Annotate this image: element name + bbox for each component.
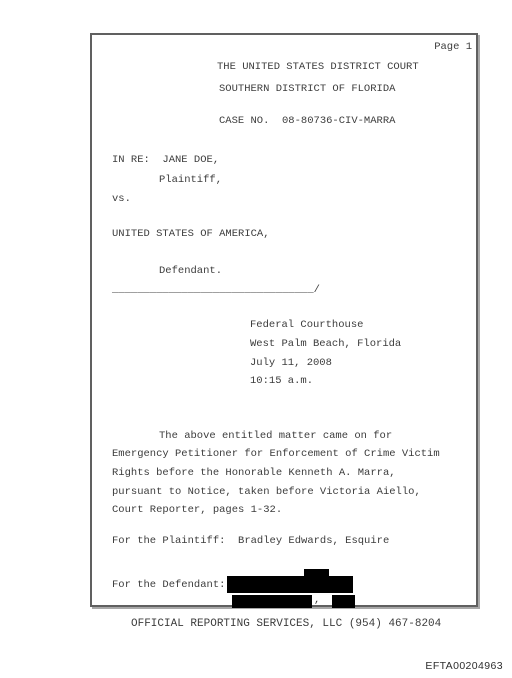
venue-time: 10:15 a.m. [250, 376, 313, 387]
body-line-4: pursuant to Notice, taken before Victori… [112, 487, 421, 498]
transcript-page: Page 1 THE UNITED STATES DISTRICT COURT … [90, 33, 478, 607]
case-number: CASE NO. 08-80736-CIV-MARRA [219, 116, 395, 127]
reporter-footer: OFFICIAL REPORTING SERVICES, LLC (954) 4… [131, 618, 441, 630]
caption-respondent: UNITED STATES OF AMERICA, [112, 229, 270, 240]
redaction-box-3 [332, 595, 355, 608]
body-line-2: Emergency Petitioner for Enforcement of … [112, 449, 440, 460]
body-line-5: Court Reporter, pages 1-32. [112, 505, 282, 516]
caption-defendant: Defendant. [159, 266, 222, 277]
caption-vs: vs. [112, 194, 131, 205]
venue-date: July 11, 2008 [250, 358, 332, 369]
caption-separator-line: ________________________________/ [112, 285, 320, 296]
redaction-comma: , [314, 595, 320, 606]
body-line-1: The above entitled matter came on for [159, 431, 392, 442]
court-name-line-1: THE UNITED STATES DISTRICT COURT [217, 62, 419, 73]
redaction-box-1 [227, 576, 353, 593]
venue-city: West Palm Beach, Florida [250, 339, 401, 350]
venue-courthouse: Federal Courthouse [250, 320, 363, 331]
document-scan: Page 1 THE UNITED STATES DISTRICT COURT … [0, 0, 512, 678]
page-number: Page 1 [434, 42, 472, 53]
appearance-plaintiff: For the Plaintiff: Bradley Edwards, Esqu… [112, 536, 389, 547]
court-name-line-2: SOUTHERN DISTRICT OF FLORIDA [219, 84, 395, 95]
bates-number: EFTA00204963 [425, 660, 503, 672]
caption-in-re: IN RE: JANE DOE, [112, 155, 219, 166]
appearance-defendant-label: For the Defendant: [112, 580, 225, 591]
caption-plaintiff: Plaintiff, [159, 175, 222, 186]
body-line-3: Rights before the Honorable Kenneth A. M… [112, 468, 396, 479]
redaction-box-2 [232, 595, 312, 608]
